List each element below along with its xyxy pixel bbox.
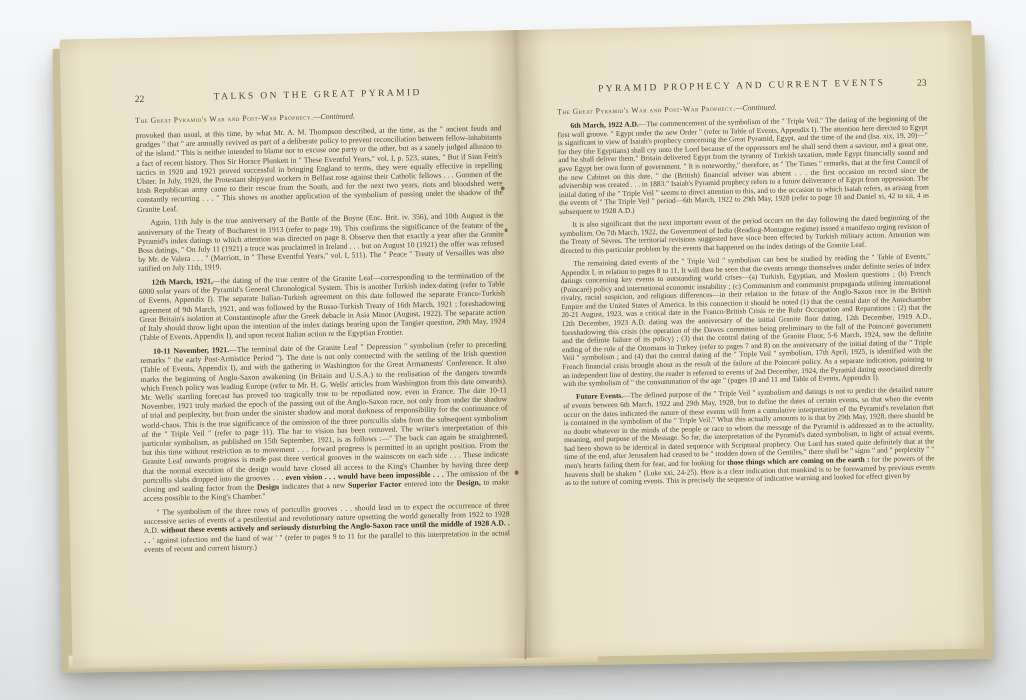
text-run: Design,	[456, 478, 480, 488]
paragraph: Future Events.—The defined purpose of th…	[563, 386, 935, 488]
text-run: Again, 11th July is the true anniversary…	[137, 211, 504, 274]
paragraph: provoked than usual, at this time, by wh…	[135, 123, 503, 213]
left-running-header: TALKS ON THE GREAT PYRAMID	[135, 86, 501, 104]
paragraph: 12th March, 1921,—the dating of the true…	[139, 270, 506, 342]
left-section-heading-continued: —Continued.	[313, 111, 355, 121]
open-book: 22 TALKS ON THE GREAT PYRAMID The Great …	[60, 21, 985, 668]
paragraph: " The symbolism of the three rows of por…	[143, 500, 510, 554]
text-run: —The commencement of the symbolism of th…	[558, 113, 930, 216]
left-section-heading: The Great Pyramid's War and Post-War Pro…	[135, 108, 501, 125]
photo-background: 22 TALKS ON THE GREAT PYRAMID The Great …	[0, 0, 1026, 700]
left-page-number: 22	[135, 95, 145, 105]
paragraph: It is also significant that the next imp…	[559, 213, 930, 255]
paragraph: Again, 11th July is the true anniversary…	[137, 211, 504, 274]
right-page-number: 23	[917, 78, 927, 88]
foxing-spot	[515, 470, 519, 475]
paragraph: The remaining dated events of the " Trip…	[560, 252, 933, 389]
right-page: 23 PYRAMID PROPHECY AND CURRENT EVENTS T…	[515, 21, 984, 658]
left-page-body: provoked than usual, at this time, by wh…	[135, 123, 510, 554]
right-page-header: 23 PYRAMID PROPHECY AND CURRENT EVENTS	[557, 77, 927, 98]
right-section-heading-main: The Great Pyramid's War and Post-War Pro…	[557, 103, 736, 116]
text-run: provoked than usual, at this time, by wh…	[135, 123, 502, 213]
left-page-header: 22 TALKS ON THE GREAT PYRAMID	[135, 86, 501, 107]
text-run: Design	[257, 482, 279, 491]
right-section-heading-continued: —Continued.	[735, 103, 777, 113]
paragraph: 6th March, 1922 A.D.—The commencement of…	[557, 114, 929, 216]
text-run: —The terminal date of the Granite Leaf "…	[140, 339, 508, 484]
text-run: It is also significant that the next imp…	[560, 212, 930, 255]
left-section-heading-main: The Great Pyramid's War and Post-War Pro…	[135, 112, 314, 125]
text-run: indicates that a new	[279, 481, 348, 491]
text-run: entered into the	[401, 478, 456, 488]
text-run: The remaining dated events of the " Trip…	[560, 251, 932, 388]
left-page: 22 TALKS ON THE GREAT PYRAMID The Great …	[60, 30, 529, 667]
text-run: Superior Factor	[348, 480, 402, 490]
right-page-body: 6th March, 1922 A.D.—The commencement of…	[557, 114, 935, 488]
paragraph: 10-11 November, 1921.—The terminal date …	[140, 339, 509, 503]
right-running-header: PYRAMID PROPHECY AND CURRENT EVENTS	[557, 77, 927, 95]
foxing-spot	[505, 228, 508, 232]
page-spread: 22 TALKS ON THE GREAT PYRAMID The Great …	[60, 21, 985, 668]
